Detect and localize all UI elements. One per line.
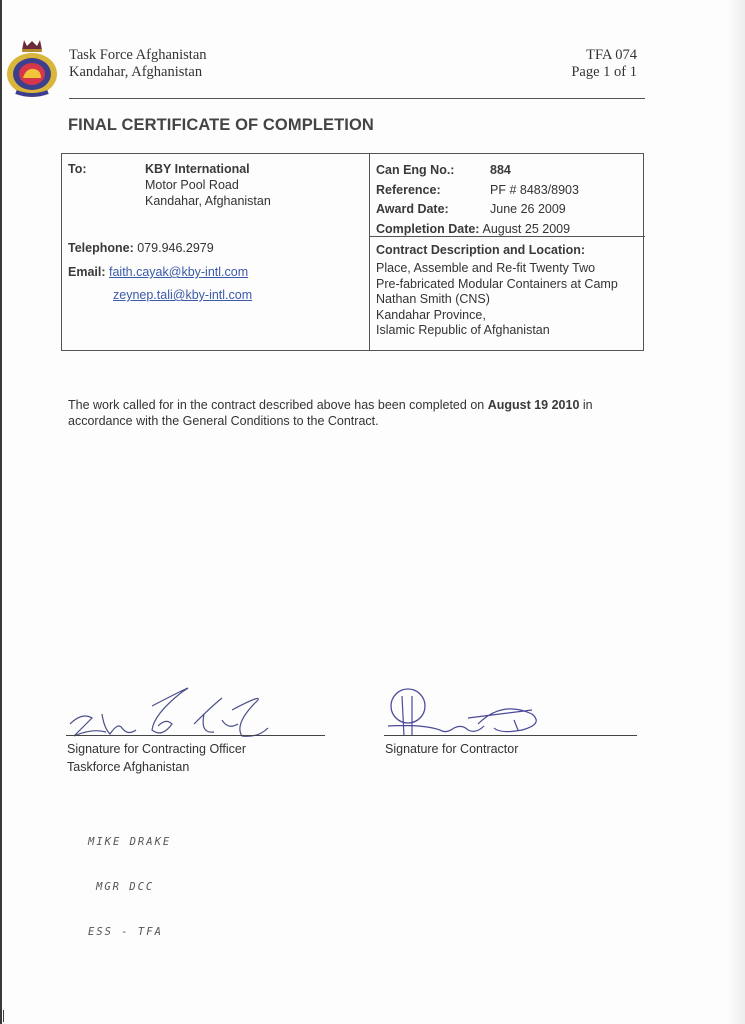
military-crest-icon (4, 36, 60, 98)
page-indicator: Page 1 of 1 (571, 64, 637, 81)
reference-row: Reference: PF # 8483/8903 (376, 181, 579, 201)
description-line: Kandahar Province, (376, 308, 618, 324)
stamp-title: MGR DCC (88, 880, 171, 895)
officer-organization: Taskforce Afghanistan (67, 758, 246, 776)
description-body: Place, Assemble and Re-fit Twenty Two Pr… (376, 261, 618, 339)
award-date-label: Award Date: (376, 200, 490, 220)
name-stamp: MIKE DRAKE MGR DCC ESS - TFA (88, 805, 171, 955)
officer-signature-block: Signature for Contracting Officer Taskfo… (67, 740, 246, 776)
recipient-company: KBY International (145, 161, 271, 177)
recipient-address: KBY International Motor Pool Road Kandah… (145, 161, 271, 209)
telephone-label: Telephone: (68, 241, 134, 255)
stamp-name: MIKE DRAKE (88, 835, 171, 850)
contractor-signature-line (384, 735, 637, 736)
email-link-2[interactable]: zeynep.tali@kby-intl.com (113, 288, 252, 302)
document-number: TFA 074 (571, 47, 637, 64)
email-label: Email: (68, 265, 106, 279)
officer-signature (62, 684, 292, 742)
page-title: FINAL CERTIFICATE OF COMPLETION (68, 116, 374, 135)
completion-date-label: Completion Date: (376, 220, 479, 240)
contract-info-table: To: KBY International Motor Pool Road Ka… (61, 153, 644, 351)
email-row: Email: faith.cayak@kby-intl.com (68, 264, 248, 280)
organization-header: Task Force Afghanistan Kandahar, Afghani… (69, 47, 207, 81)
to-label: To: (68, 161, 87, 177)
stamp-unit: ESS - TFA (88, 925, 171, 940)
contract-details: Can Eng No.: 884 Reference: PF # 8483/89… (376, 161, 579, 239)
reference-value: PF # 8483/8903 (490, 181, 579, 201)
email-row-2: zeynep.tali@kby-intl.com (113, 287, 252, 303)
statement-date: August 19 2010 (488, 398, 580, 412)
description-line: Pre-fabricated Modular Containers at Cam… (376, 277, 618, 293)
can-eng-value: 884 (490, 161, 511, 181)
scan-artifact (3, 1010, 4, 1022)
completion-statement: The work called for in the contract desc… (68, 397, 648, 429)
can-eng-label: Can Eng No.: (376, 161, 490, 181)
column-divider (369, 154, 370, 350)
officer-signature-label: Signature for Contracting Officer (67, 740, 246, 758)
completion-date-row: Completion Date: August 25 2009 (376, 220, 579, 240)
description-line: Place, Assemble and Re-fit Twenty Two (376, 261, 618, 277)
award-date-row: Award Date: June 26 2009 (376, 200, 579, 220)
statement-text-before: The work called for in the contract desc… (68, 398, 488, 412)
can-eng-row: Can Eng No.: 884 (376, 161, 579, 181)
telephone-value: 079.946.2979 (137, 241, 213, 255)
description-line: Nathan Smith (CNS) (376, 292, 618, 308)
description-label: Contract Description and Location: (376, 242, 585, 258)
header-divider (69, 98, 645, 99)
completion-date-value: August 25 2009 (482, 220, 570, 240)
contractor-signature-label: Signature for Contractor (385, 740, 518, 758)
description-line: Islamic Republic of Afghanistan (376, 323, 618, 339)
scan-shadow (727, 0, 745, 1024)
organization-location: Kandahar, Afghanistan (69, 64, 207, 81)
recipient-address-line2: Kandahar, Afghanistan (145, 193, 271, 209)
reference-label: Reference: (376, 181, 490, 201)
telephone-row: Telephone: 079.946.2979 (68, 240, 214, 256)
scan-edge (0, 0, 2, 1024)
document-reference: TFA 074 Page 1 of 1 (571, 47, 637, 81)
organization-name: Task Force Afghanistan (69, 47, 207, 64)
officer-signature-line (66, 735, 325, 736)
email-link-1[interactable]: faith.cayak@kby-intl.com (109, 265, 248, 279)
award-date-value: June 26 2009 (490, 200, 566, 220)
recipient-address-line1: Motor Pool Road (145, 177, 271, 193)
